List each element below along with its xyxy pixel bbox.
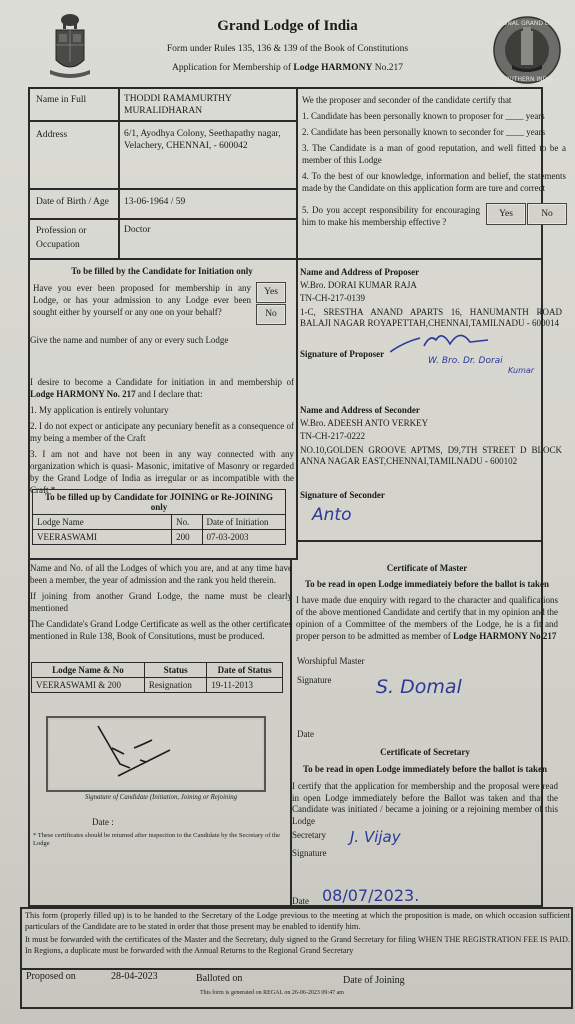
profession-value: Doctor	[124, 225, 150, 235]
lodges-instructions: Name and No. of all the Lodges of which …	[30, 562, 292, 646]
regional-grand-lodge-seal-logo: REGIONAL GRAND LODGE SOUTHERN INDIA	[492, 15, 562, 85]
footer-instructions: This form (properly filled up) is to be …	[25, 911, 570, 960]
seconder-signature-label: Signature of Seconder	[300, 489, 385, 501]
balloted-on-label: Balloted on	[196, 973, 242, 984]
candidate-date-label: Date :	[92, 817, 114, 827]
profession-label: Profession or Occupation	[36, 224, 111, 252]
master-signature: S. Domal	[376, 676, 462, 698]
certify-no-box[interactable]: No	[527, 203, 567, 225]
initiation-declaration: I desire to become a Candidate for initi…	[30, 376, 294, 500]
proposer-signature-label: Signature of Proposer	[300, 348, 384, 360]
initiation-give-name: Give the name and number of any or every…	[30, 334, 294, 346]
row-divider	[28, 120, 296, 122]
joining-table-header: Lodge Name No. Date of Initiation	[33, 515, 286, 530]
lodges-table: Lodge Name & No Status Date of Status VE…	[31, 662, 283, 693]
candidate-signature	[48, 718, 260, 786]
seconder-signature: Anto	[312, 505, 351, 525]
initiation-yes-box[interactable]: Yes	[256, 282, 286, 303]
certificates-footnote: * These certificates should be returned …	[33, 832, 288, 848]
initiation-no-box[interactable]: No	[256, 304, 286, 325]
seconder-block: Name and Address of Seconder W.Bro. ADEE…	[300, 404, 562, 467]
master-certificate: Certificate of Master To be read in open…	[296, 562, 558, 642]
svg-text:REGIONAL GRAND LODGE: REGIONAL GRAND LODGE	[492, 20, 562, 27]
name-label: Name in Full	[36, 95, 86, 105]
proposer-signature: W. Bro. Dr. Dorai Kumar	[390, 330, 550, 380]
secretary-date-label: Date	[292, 895, 309, 907]
proposer-block: Name and Address of Proposer W.Bro. DORA…	[300, 266, 562, 329]
row-divider	[28, 258, 296, 260]
row-divider	[28, 188, 296, 190]
certify-question-5: 5. Do you accept responsibility for enco…	[302, 204, 480, 228]
footer-row-divider	[20, 968, 573, 970]
page-title: Grand Lodge of India	[0, 18, 575, 35]
label-divider	[118, 88, 120, 258]
proposed-on-value: 28-04-2023	[111, 971, 158, 982]
candidate-signature-caption: Signature of Candidate (Initiation, Join…	[30, 794, 292, 801]
candidate-signature-box	[46, 716, 266, 792]
secretary-date-value: 08/07/2023.	[322, 886, 419, 905]
svg-text:SOUTHERN INDIA: SOUTHERN INDIA	[501, 76, 554, 83]
initiation-heading: To be filled by the Candidate for Initia…	[30, 265, 294, 277]
master-date-label: Date	[297, 728, 314, 740]
initiation-question: Have you ever been proposed for membersh…	[33, 282, 251, 318]
dob-label: Date of Birth / Age	[36, 197, 109, 207]
address-value: 6/1, Ayodhya Colony, Seethapathy nagar, …	[124, 128, 289, 152]
date-of-joining-label: Date of Joining	[343, 975, 405, 986]
certify-block: We the proposer and seconder of the cand…	[302, 94, 566, 198]
secretary-label: Secretary	[292, 829, 326, 841]
dob-value: 13-06-1964 / 59	[124, 197, 185, 207]
master-wm-label: Worshipful Master	[297, 655, 365, 667]
lodges-table-header: Lodge Name & No Status Date of Status	[32, 663, 283, 678]
secretary-certificate: Certificate of Secretary To be read in o…	[292, 746, 558, 827]
row-divider	[296, 540, 543, 542]
master-signature-label: Signature	[297, 674, 332, 686]
secretary-signature: J. Vijay	[350, 828, 401, 846]
form-rules-subtitle: Form under Rules 135, 136 & 139 of the B…	[0, 44, 575, 54]
generated-note: This form is generated on REGAL on 26-06…	[200, 990, 344, 996]
address-label: Address	[36, 130, 67, 140]
joining-table-heading: To be filled up by Candidate for JOINING…	[33, 490, 286, 515]
table-row: VEERASWAMI & 200 Resignation 19-11-2013	[32, 678, 283, 693]
proposed-on-label: Proposed on	[26, 971, 76, 982]
name-value: THODDI RAMAMURTHY MURALIDHARAN	[124, 93, 232, 117]
row-divider	[296, 258, 543, 260]
row-divider	[28, 218, 296, 220]
row-divider	[28, 558, 298, 560]
joining-table: To be filled up by Candidate for JOINING…	[32, 489, 286, 545]
secretary-signature-label: Signature	[292, 847, 327, 859]
application-title: Application for Membership of Lodge HARM…	[0, 63, 575, 73]
column-divider-top	[296, 88, 298, 558]
certify-yes-box[interactable]: Yes	[486, 203, 526, 225]
table-row: VEERASWAMI 200 07-03-2003	[33, 530, 286, 545]
